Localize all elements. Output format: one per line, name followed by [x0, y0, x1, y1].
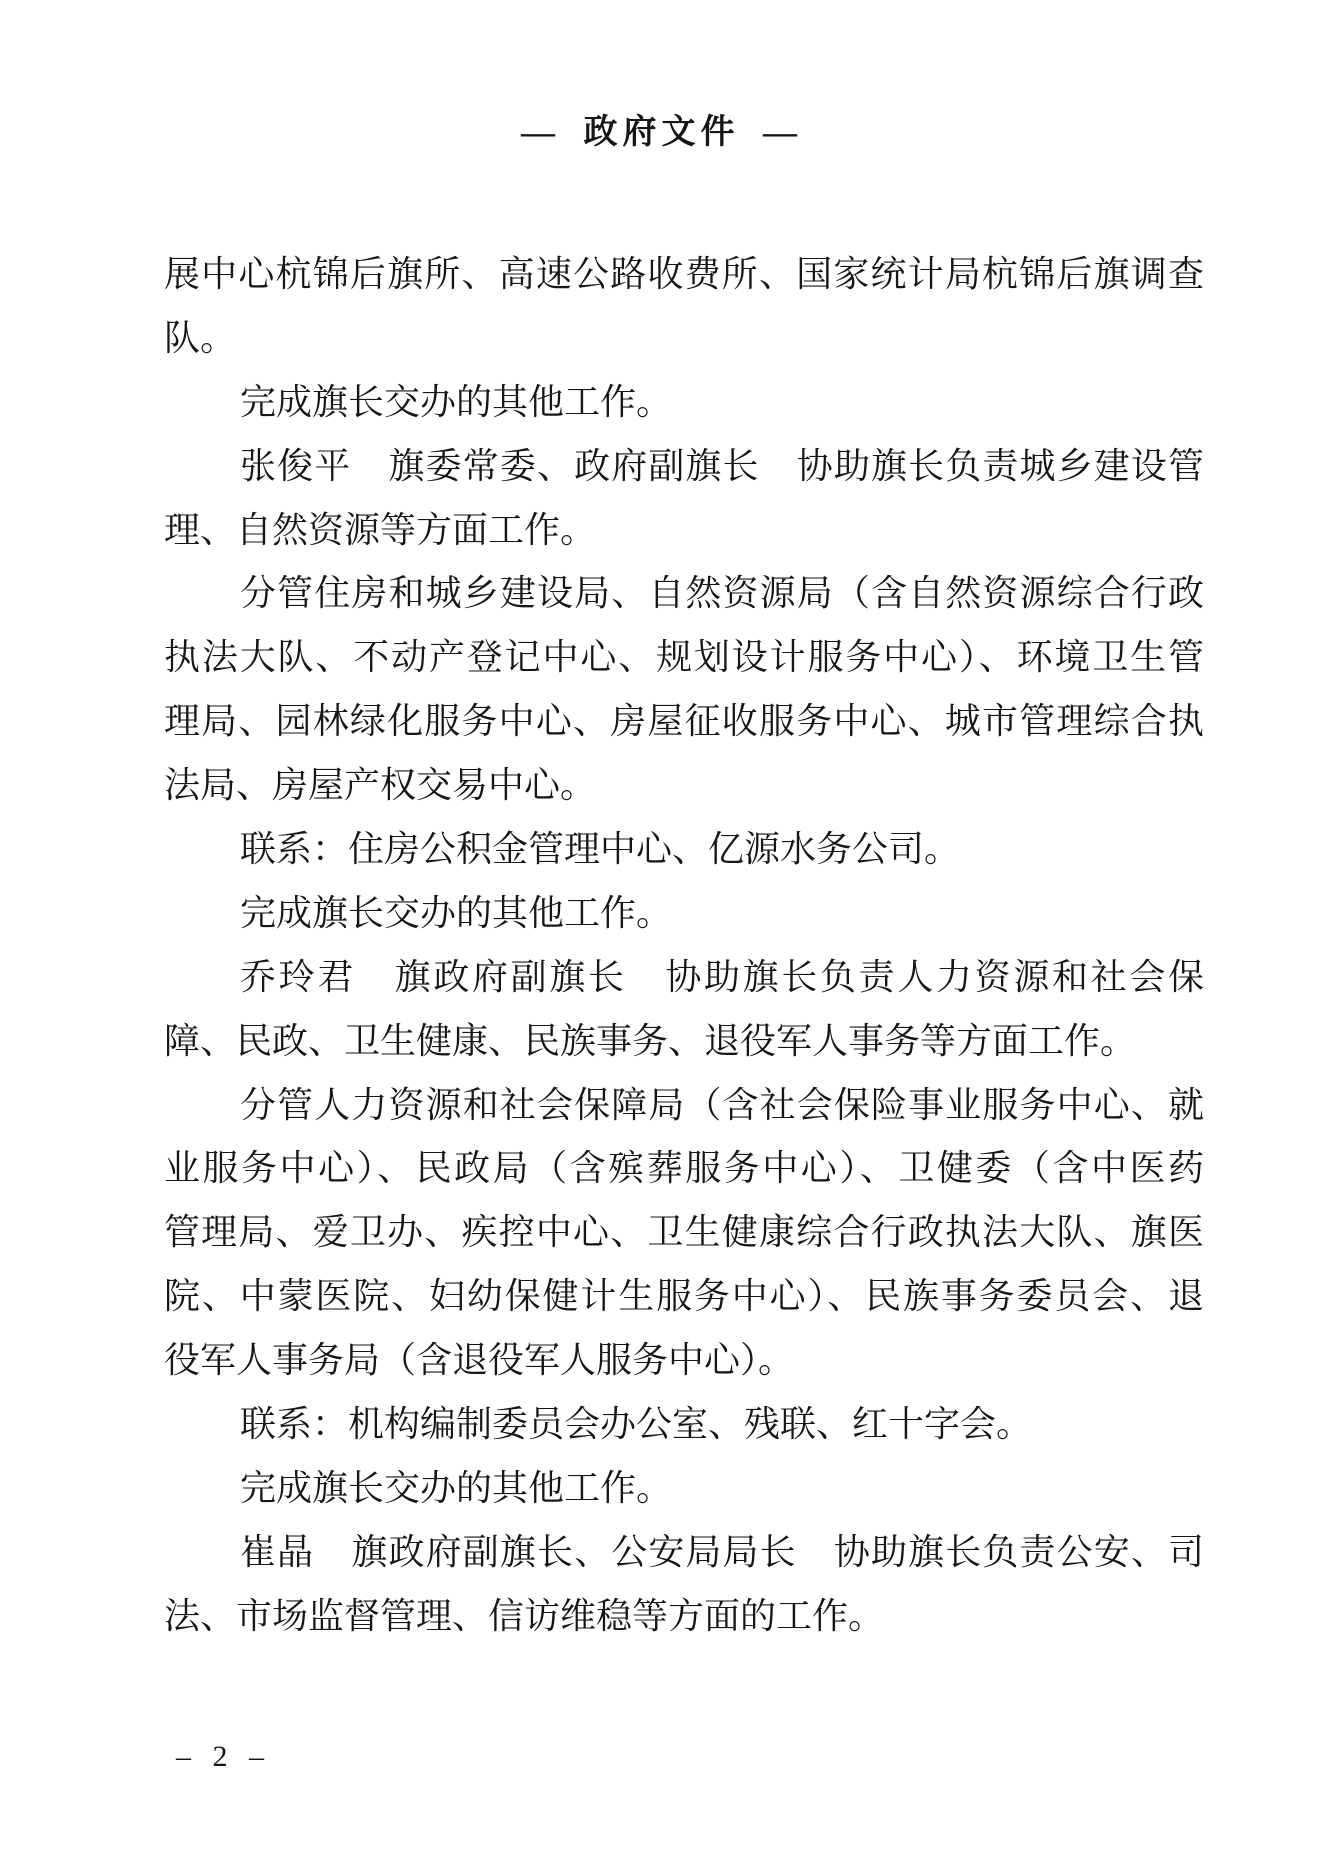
text-line: 完成旗长交办的其他工作。: [164, 882, 1204, 946]
text-line: 理局、园林绿化服务中心、房屋征收服务中心、城市管理综合执: [164, 690, 1204, 754]
text-line: 院、中蒙医院、妇幼保健计生服务中心）、民族事务委员会、退: [164, 1265, 1204, 1329]
text-line: 执法大队、不动产登记中心、规划设计服务中心）、环境卫生管: [164, 626, 1204, 690]
text-line: 张俊平 旗委常委、政府副旗长 协助旗长负责城乡建设管: [164, 435, 1204, 499]
text-line: 法、市场监督管理、信访维稳等方面的工作。: [164, 1585, 1204, 1649]
text-line: 法局、房屋产权交易中心。: [164, 754, 1204, 818]
text-line: 管理局、爱卫办、疾控中心、卫生健康综合行政执法大队、旗医: [164, 1201, 1204, 1265]
text-line: 分管住房和城乡建设局、自然资源局（含自然资源综合行政: [164, 562, 1204, 626]
text-line: 业服务中心）、民政局（含殡葬服务中心）、卫健委（含中医药: [164, 1137, 1204, 1201]
text-line: 联系：住房公积金管理中心、亿源水务公司。: [164, 818, 1204, 882]
text-line: 完成旗长交办的其他工作。: [164, 371, 1204, 435]
text-line: 队。: [164, 307, 1204, 371]
text-line: 联系：机构编制委员会办公室、残联、红十字会。: [164, 1393, 1204, 1457]
text-line: 役军人事务局（含退役军人服务中心）。: [164, 1329, 1204, 1393]
page-number: – 2 –: [176, 1740, 266, 1774]
text-line: 乔玲君 旗政府副旗长 协助旗长负责人力资源和社会保: [164, 946, 1204, 1010]
document-header-title: — 政府文件 —: [0, 104, 1323, 153]
text-line: 理、自然资源等方面工作。: [164, 499, 1204, 563]
document-body: 展中心杭锦后旗所、高速公路收费所、国家统计局杭锦后旗调查队。完成旗长交办的其他工…: [164, 243, 1204, 1649]
text-line: 完成旗长交办的其他工作。: [164, 1457, 1204, 1521]
text-line: 展中心杭锦后旗所、高速公路收费所、国家统计局杭锦后旗调查: [164, 243, 1204, 307]
text-line: 障、民政、卫生健康、民族事务、退役军人事务等方面工作。: [164, 1010, 1204, 1074]
document-page: — 政府文件 — 展中心杭锦后旗所、高速公路收费所、国家统计局杭锦后旗调查队。完…: [0, 0, 1323, 1871]
text-line: 崔晶 旗政府副旗长、公安局局长 协助旗长负责公安、司: [164, 1521, 1204, 1585]
text-line: 分管人力资源和社会保障局（含社会保险事业服务中心、就: [164, 1074, 1204, 1138]
